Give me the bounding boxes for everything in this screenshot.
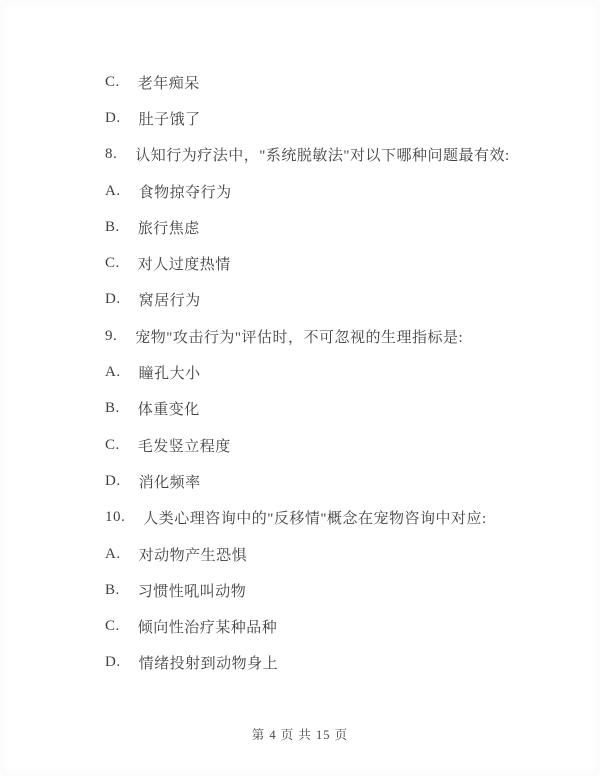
option-text: 对人过度热情 — [138, 253, 231, 274]
option-row: D. 消化频率 — [105, 463, 570, 499]
question-stem: 宠物"攻击行为"评估时，不可忽视的生理指标是: — [135, 326, 463, 347]
option-text: 倾向性治疗某种品种 — [138, 616, 278, 637]
option-label: C. — [105, 74, 120, 91]
option-text: 肚子饿了 — [139, 108, 201, 129]
option-row: C. 对人过度热情 — [105, 245, 570, 281]
option-text: 体重变化 — [138, 398, 200, 419]
option-text: 对动物产生恐惧 — [139, 544, 248, 565]
question-stem-row: 10. 人类心理咨询中的"反移情"概念在宠物咨询中对应: — [105, 500, 570, 536]
option-row: D. 窝居行为 — [105, 282, 570, 318]
option-row: B. 习惯性吼叫动物 — [105, 572, 570, 608]
option-row: A. 食物掠夺行为 — [105, 173, 570, 209]
option-row: A. 对动物产生恐惧 — [105, 536, 570, 572]
option-label: B. — [105, 582, 120, 599]
option-row: B. 体重变化 — [105, 391, 570, 427]
option-label: D. — [105, 110, 121, 127]
question-stem-row: 9. 宠物"攻击行为"评估时，不可忽视的生理指标是: — [105, 318, 570, 354]
option-row: C. 老年痴呆 — [105, 64, 570, 100]
page-number-footer: 第 4 页 共 15 页 — [0, 725, 600, 743]
option-label: D. — [105, 654, 121, 671]
question-number: 9. — [105, 328, 117, 345]
option-row: C. 倾向性治疗某种品种 — [105, 608, 570, 644]
question-number: 10. — [105, 509, 125, 526]
option-label: A. — [105, 546, 121, 563]
option-row: D. 情绪投射到动物身上 — [105, 645, 570, 681]
question-stem: 认知行为疗法中，"系统脱敏法"对以下哪种问题最有效: — [135, 144, 509, 165]
option-text: 毛发竖立程度 — [138, 435, 231, 456]
option-label: C. — [105, 255, 120, 272]
option-text: 消化频率 — [139, 471, 201, 492]
option-label: B. — [105, 400, 120, 417]
option-label: A. — [105, 364, 121, 381]
option-label: A. — [105, 183, 121, 200]
question-stem-row: 8. 认知行为疗法中，"系统脱敏法"对以下哪种问题最有效: — [105, 137, 570, 173]
option-text: 瞳孔大小 — [139, 362, 201, 383]
option-row: D. 肚子饿了 — [105, 100, 570, 136]
option-label: B. — [105, 219, 120, 236]
exam-content: C. 老年痴呆 D. 肚子饿了 8. 认知行为疗法中，"系统脱敏法"对以下哪种问… — [105, 64, 570, 681]
option-label: C. — [105, 437, 120, 454]
option-row: B. 旅行焦虑 — [105, 209, 570, 245]
option-text: 老年痴呆 — [138, 72, 200, 93]
option-text: 窝居行为 — [139, 289, 201, 310]
option-text: 情绪投射到动物身上 — [139, 652, 279, 673]
option-label: D. — [105, 473, 121, 490]
exam-page: C. 老年痴呆 D. 肚子饿了 8. 认知行为疗法中，"系统脱敏法"对以下哪种问… — [0, 0, 600, 776]
question-number: 8. — [105, 146, 117, 163]
option-text: 旅行焦虑 — [138, 217, 200, 238]
option-text: 食物掠夺行为 — [139, 181, 232, 202]
option-text: 习惯性吼叫动物 — [138, 580, 247, 601]
option-label: D. — [105, 291, 121, 308]
question-stem: 人类心理咨询中的"反移情"概念在宠物咨询中对应: — [143, 507, 486, 528]
option-row: C. 毛发竖立程度 — [105, 427, 570, 463]
option-label: C. — [105, 618, 120, 635]
option-row: A. 瞳孔大小 — [105, 354, 570, 390]
